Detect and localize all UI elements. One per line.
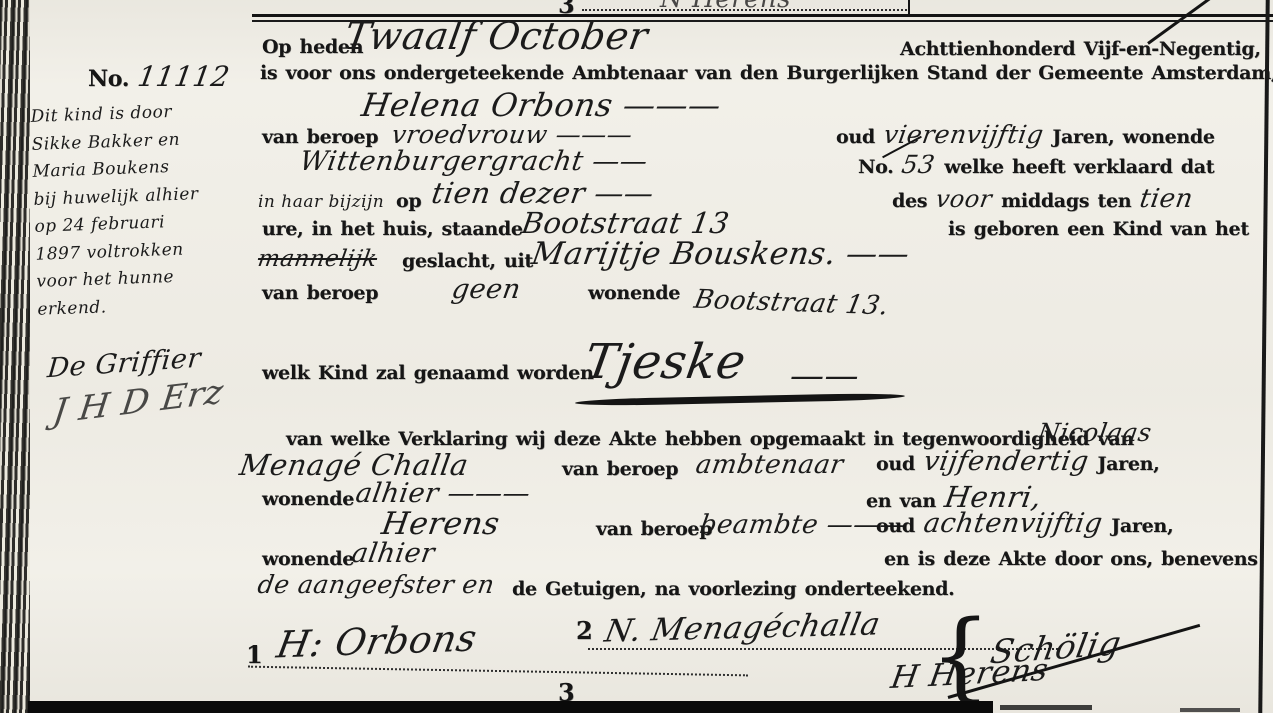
aangeefster-entry: de aangeefster en: [256, 570, 497, 599]
declarant-name: Helena Orbons ———: [359, 86, 724, 124]
no-label: No.: [858, 156, 893, 178]
scan-edge-bar: [28, 701, 993, 713]
op-label: op: [396, 190, 421, 212]
jaren-label-2: Jaren,: [1111, 515, 1173, 537]
witness1-profession: ambtenaar: [694, 450, 846, 480]
previous-record-signature: N Herens: [660, 0, 791, 14]
birth-certificate-scan: 3 N Herens No. 11112 Dit kind is door Si…: [0, 0, 1273, 713]
bijzijn-entry: in haar bijzijn: [258, 192, 384, 212]
witness2-last-name: Herens: [379, 506, 502, 542]
scan-edge-mark-2: [1180, 708, 1240, 712]
record-number-label: No.: [88, 66, 129, 92]
wonende-label-3: wonende: [262, 548, 354, 570]
birth-time-group: des voor middags ten tien: [892, 184, 1193, 214]
scan-right-edge-line: [1258, 0, 1269, 713]
signature-number-2: 2: [576, 616, 592, 645]
verklaard-line: welke heeft verklaard dat: [944, 156, 1214, 178]
wonende-label: wonende: [588, 282, 680, 304]
house-number-group: No. 53 welke heeft verklaard dat: [858, 150, 1214, 179]
van-beroep-label-2: van beroep: [262, 282, 378, 304]
birth-day-entry: tien dezer ——: [429, 176, 656, 210]
declarant-street: Wittenburgergracht ——: [298, 146, 650, 177]
middags-ten-label: middags ten: [1001, 190, 1131, 212]
van-beroep-label-3: van beroep: [562, 458, 678, 480]
mother-profession: geen: [450, 274, 524, 305]
mother-address: Bootstraat 13.: [692, 285, 892, 322]
oud-label-3: oud: [876, 515, 915, 537]
intro-line: is voor ons ondergeteekende Ambtenaar va…: [260, 62, 1273, 84]
oud-label: oud: [836, 126, 875, 148]
geslacht-uit-label: geslacht, uit: [402, 250, 533, 272]
witness2-age-group: oud achtenvijftig Jaren,: [876, 508, 1173, 539]
witness2-age: achtenvijftig: [921, 508, 1104, 539]
witness2-residence: alhier: [350, 538, 438, 569]
witness1-first-name: Nicolaas: [1036, 418, 1154, 447]
signature-declarant: H: Orbons: [274, 617, 481, 667]
gender-entry: mannelijk: [256, 246, 379, 272]
geboren-line: is geboren een Kind van het: [948, 218, 1249, 240]
record-number-value: 11112: [136, 60, 233, 93]
ure-line: ure, in het huis, staande: [262, 218, 523, 240]
wonende-label-2: wonende: [262, 488, 354, 510]
witness1-last-name: Menagé Challa: [237, 448, 471, 482]
des-label: des: [892, 190, 927, 212]
oud-label-2: oud: [876, 453, 915, 475]
signature-line-1: [248, 666, 748, 677]
voor-entry: voor: [934, 185, 994, 213]
jaren-wonende-label: Jaren, wonende: [1052, 126, 1214, 148]
mother-name: Marijtje Bouskens. ——: [529, 236, 912, 272]
name-underline-flourish: [575, 393, 905, 407]
declarant-profession: vroedvrouw ———: [390, 120, 635, 149]
witness1-residence: alhier ———: [354, 478, 533, 509]
scan-edge-mark: [1000, 705, 1092, 710]
record-number: No. 11112: [88, 60, 230, 93]
akte-line: en is deze Akte door ons, benevens: [884, 548, 1258, 570]
witness1-age: vijfendertig: [921, 446, 1090, 477]
margin-note: Dit kind is door Sikke Bakker en Maria B…: [30, 96, 258, 324]
binding-edge: [0, 0, 30, 713]
child-name: Tjeske: [581, 334, 750, 390]
signature-witness1: N. Menagéchalla: [602, 606, 883, 649]
declarant-age-group: oud vierenvijftig Jaren, wonende: [836, 120, 1215, 149]
house-number: 53: [900, 150, 937, 179]
van-beroep-label: van beroep: [262, 126, 378, 148]
naming-line: welk Kind zal genaamd worden: [262, 362, 593, 384]
van-beroep-label-4: van beroep: [596, 518, 712, 540]
date-entry: Twaalf October: [342, 14, 652, 58]
jaren-label: Jaren,: [1097, 453, 1159, 475]
birth-hour-entry: tien: [1138, 184, 1196, 214]
year-printed: Achttienhonderd Vijf-en-Negentig,: [900, 38, 1261, 60]
child-name-dash: ——: [790, 356, 859, 396]
signature-number-1: 1: [246, 640, 262, 669]
getuigen-line: de Getuigen, na voorlezing onderteekend.: [512, 578, 954, 600]
birth-address: Bootstraat 13: [519, 206, 732, 240]
witness1-age-group: oud vijfendertig Jaren,: [876, 446, 1159, 477]
